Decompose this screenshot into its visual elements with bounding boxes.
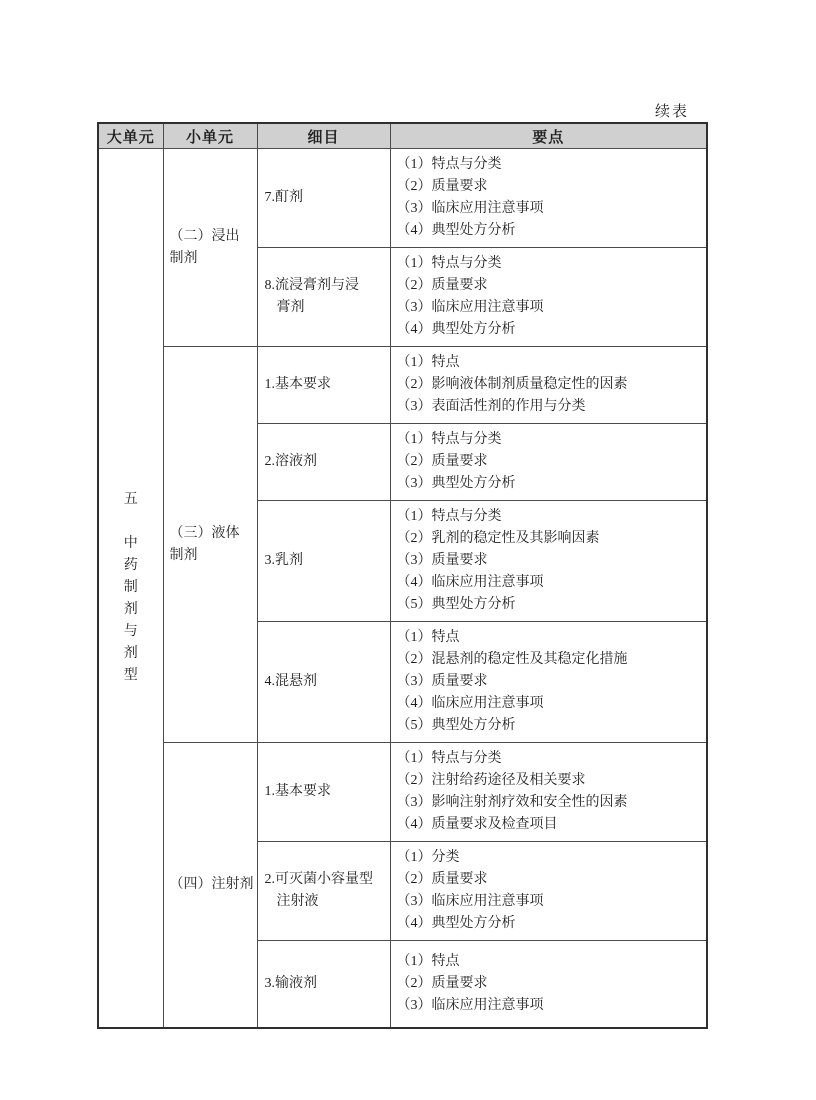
point-line: （2）质量要求 (397, 869, 703, 891)
point-line: （4）临床应用注意事项 (397, 693, 703, 715)
item-line: 膏剂 (265, 297, 387, 319)
point-line: （2）质量要求 (397, 176, 703, 198)
table-row: 五 中 药 制 剂 与 剂 型 （二）浸出 制剂 7.酊剂 （1）特点与分类 （… (98, 149, 707, 248)
item-cell: 1.基本要求 (257, 743, 390, 842)
points-cell: （1）特点与分类 （2）质量要求 （3）临床应用注意事项 （4）典型处方分析 (390, 248, 707, 347)
table-header-row: 大单元 小单元 细目 要点 (98, 123, 707, 149)
item-line: 2.可灭菌小容量型 (265, 869, 387, 891)
item-cell: 3.输液剂 (257, 941, 390, 1028)
sub-unit-line: （三）液体 (170, 523, 257, 545)
point-line: （3）临床应用注意事项 (397, 297, 703, 319)
point-line: （1）特点与分类 (397, 506, 703, 528)
item-cell: 8.流浸膏剂与浸 膏剂 (257, 248, 390, 347)
item-cell: 2.可灭菌小容量型 注射液 (257, 842, 390, 941)
points-cell: （1）特点与分类 （2）注射给药途径及相关要求 （3）影响注射剂疗效和安全性的因… (390, 743, 707, 842)
point-line: （1）特点 (397, 352, 703, 374)
item-line: 8.流浸膏剂与浸 (265, 275, 387, 297)
major-unit-char: 制 (99, 577, 163, 599)
point-line: （1）特点与分类 (397, 748, 703, 770)
points-cell: （1）分类 （2）质量要求 （3）临床应用注意事项 （4）典型处方分析 (390, 842, 707, 941)
points-cell: （1）特点 （2）混悬剂的稳定性及其稳定化措施 （3）质量要求 （4）临床应用注… (390, 622, 707, 743)
point-line: （5）典型处方分析 (397, 715, 703, 737)
point-line: （1）特点 (397, 951, 703, 973)
point-line: （2）质量要求 (397, 973, 703, 995)
point-line: （4）质量要求及检查项目 (397, 814, 703, 836)
points-cell: （1）特点与分类 （2）乳剂的稳定性及其影响因素 （3）质量要求 （4）临床应用… (390, 501, 707, 622)
point-line: （3）质量要求 (397, 671, 703, 693)
point-line: （1）分类 (397, 847, 703, 869)
point-line: （1）特点 (397, 627, 703, 649)
item-line: 3.乳剂 (265, 550, 387, 572)
sub-unit-cell: （三）液体 制剂 (163, 347, 257, 743)
item-line: 1.基本要求 (265, 781, 387, 803)
point-line: （2）质量要求 (397, 275, 703, 297)
continued-table-label: 续表 (97, 100, 689, 121)
point-line: （4）典型处方分析 (397, 913, 703, 935)
point-line: （1）特点与分类 (397, 253, 703, 275)
item-line: 注射液 (265, 891, 387, 913)
point-line: （2）质量要求 (397, 451, 703, 473)
item-line: 7.酊剂 (265, 187, 387, 209)
major-unit-char: 与 (99, 621, 163, 643)
point-line: （2）乳剂的稳定性及其影响因素 (397, 528, 703, 550)
item-line: 4.混悬剂 (265, 671, 387, 693)
point-line: （4）典型处方分析 (397, 319, 703, 341)
points-cell: （1）特点 （2）影响液体制剂质量稳定性的因素 （3）表面活性剂的作用与分类 (390, 347, 707, 424)
points-cell: （1）特点与分类 （2）质量要求 （3）典型处方分析 (390, 424, 707, 501)
major-unit-char: 剂 (99, 599, 163, 621)
major-unit-cell: 五 中 药 制 剂 与 剂 型 (98, 149, 163, 1028)
point-line: （3）影响注射剂疗效和安全性的因素 (397, 792, 703, 814)
item-line: 2.溶液剂 (265, 451, 387, 473)
point-line: （5）典型处方分析 (397, 594, 703, 616)
major-unit-gap (99, 511, 163, 533)
points-cell: （1）特点与分类 （2）质量要求 （3）临床应用注意事项 （4）典型处方分析 (390, 149, 707, 248)
item-cell: 3.乳剂 (257, 501, 390, 622)
point-line: （2）混悬剂的稳定性及其稳定化措施 (397, 649, 703, 671)
major-unit-char: 中 (99, 533, 163, 555)
header-sub-unit: 小单元 (163, 123, 257, 149)
points-cell: （1）特点 （2）质量要求 （3）临床应用注意事项 (390, 941, 707, 1028)
table-row: （三）液体 制剂 1.基本要求 （1）特点 （2）影响液体制剂质量稳定性的因素 … (98, 347, 707, 424)
point-line: （3）临床应用注意事项 (397, 198, 703, 220)
sub-unit-line: （四）注射剂 (170, 874, 257, 896)
item-cell: 2.溶液剂 (257, 424, 390, 501)
syllabus-table: 大单元 小单元 细目 要点 五 中 药 制 剂 与 剂 型 （二）浸出 制剂 7… (97, 122, 708, 1029)
point-line: （3）质量要求 (397, 550, 703, 572)
item-line: 3.输液剂 (265, 973, 387, 995)
table-row: （四）注射剂 1.基本要求 （1）特点与分类 （2）注射给药途径及相关要求 （3… (98, 743, 707, 842)
item-cell: 7.酊剂 (257, 149, 390, 248)
sub-unit-line: （二）浸出 (170, 226, 257, 248)
point-line: （3）临床应用注意事项 (397, 995, 703, 1017)
major-unit-char: 型 (99, 665, 163, 687)
item-cell: 1.基本要求 (257, 347, 390, 424)
major-unit-number: 五 (99, 489, 163, 511)
point-line: （3）表面活性剂的作用与分类 (397, 396, 703, 418)
header-item: 细目 (257, 123, 390, 149)
header-points: 要点 (390, 123, 707, 149)
item-line: 1.基本要求 (265, 374, 387, 396)
sub-unit-line: 制剂 (170, 248, 257, 270)
point-line: （1）特点与分类 (397, 429, 703, 451)
point-line: （3）典型处方分析 (397, 473, 703, 495)
sub-unit-line: 制剂 (170, 545, 257, 567)
major-unit-char: 药 (99, 555, 163, 577)
sub-unit-cell: （四）注射剂 (163, 743, 257, 1028)
point-line: （4）典型处方分析 (397, 220, 703, 242)
item-cell: 4.混悬剂 (257, 622, 390, 743)
point-line: （3）临床应用注意事项 (397, 891, 703, 913)
header-major-unit: 大单元 (98, 123, 163, 149)
point-line: （1）特点与分类 (397, 154, 703, 176)
point-line: （2）影响液体制剂质量稳定性的因素 (397, 374, 703, 396)
sub-unit-cell: （二）浸出 制剂 (163, 149, 257, 347)
major-unit-char: 剂 (99, 643, 163, 665)
point-line: （4）临床应用注意事项 (397, 572, 703, 594)
point-line: （2）注射给药途径及相关要求 (397, 770, 703, 792)
